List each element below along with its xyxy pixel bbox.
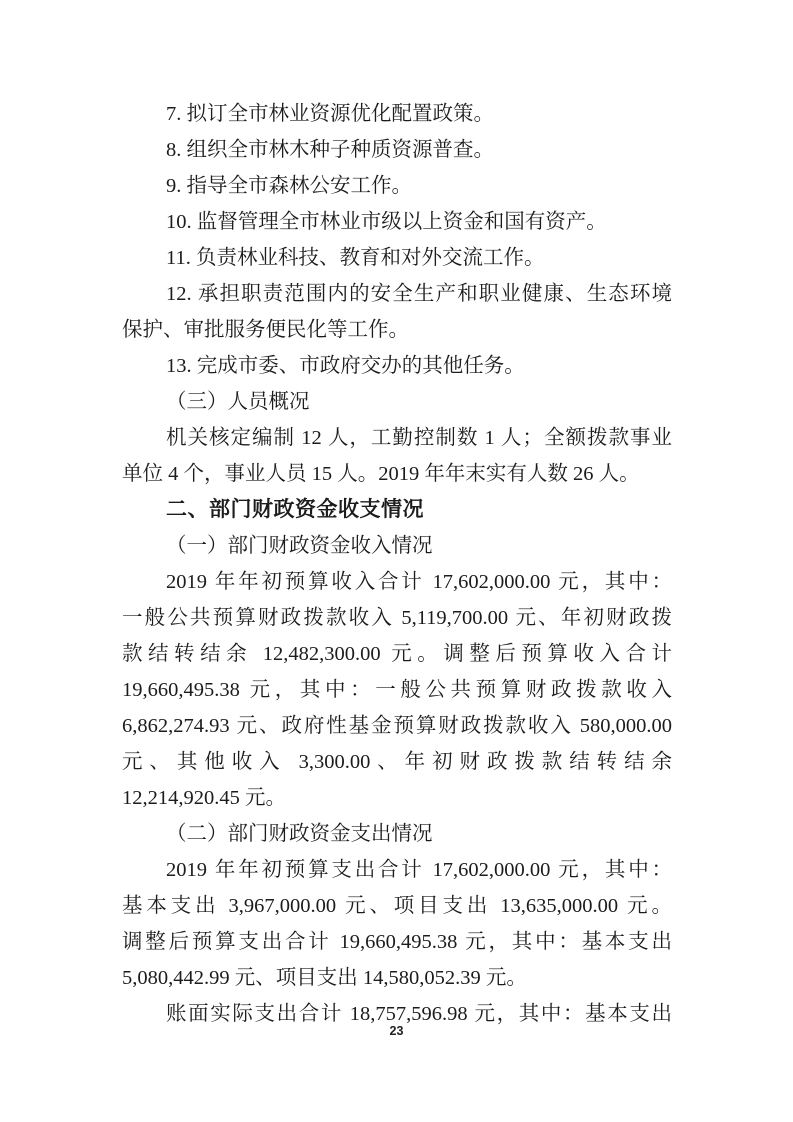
text-line: 7. 拟订全市林业资源优化配置政策。 (122, 96, 672, 132)
text-line: 一般公共预算财政拨款收入 5,119,700.00 元、年初财政拨 (122, 600, 672, 636)
subsection-heading: （三）人员概况 (122, 384, 672, 420)
text-line: 5,080,442.99 元、项目支出 14,580,052.39 元。 (122, 960, 672, 996)
page-number: 23 (0, 1022, 793, 1040)
text-line: 单位 4 个，事业人员 15 人。2019 年年末实有人数 26 人。 (122, 456, 672, 492)
subsection-heading: （二）部门财政资金支出情况 (122, 816, 672, 852)
text-line: 款结转结余 12,482,300.00 元。调整后预算收入合计 (122, 636, 672, 672)
document-text-block: 7. 拟订全市林业资源优化配置政策。 8. 组织全市林木种子种质资源普查。 9.… (122, 96, 672, 1032)
section-heading: 二、部门财政资金收支情况 (122, 492, 672, 528)
text-line: 8. 组织全市林木种子种质资源普查。 (122, 132, 672, 168)
text-line: 机关核定编制 12 人，工勤控制数 1 人；全额拨款事业 (122, 420, 672, 456)
text-line: 13. 完成市委、市政府交办的其他任务。 (122, 348, 672, 384)
text-line: 12,214,920.45 元。 (122, 780, 672, 816)
text-line: 调整后预算支出合计 19,660,495.38 元，其中：基本支出 (122, 924, 672, 960)
text-line: 12. 承担职责范围内的安全生产和职业健康、生态环境 (122, 276, 672, 312)
text-line: 保护、审批服务便民化等工作。 (122, 312, 672, 348)
text-line: 6,862,274.93 元、政府性基金预算财政拨款收入 580,000.00 (122, 708, 672, 744)
text-line: 基本支出 3,967,000.00 元、项目支出 13,635,000.00 元… (122, 888, 672, 924)
text-line: 11. 负责林业科技、教育和对外交流工作。 (122, 240, 672, 276)
document-page: 7. 拟订全市林业资源优化配置政策。 8. 组织全市林木种子种质资源普查。 9.… (0, 0, 793, 1122)
text-line: 10. 监督管理全市林业市级以上资金和国有资产。 (122, 204, 672, 240)
text-line: 元、其他收入 3,300.00、年初财政拨款结转结余 (122, 744, 672, 780)
subsection-heading: （一）部门财政资金收入情况 (122, 528, 672, 564)
text-line: 9. 指导全市森林公安工作。 (122, 168, 672, 204)
text-line: 2019 年年初预算支出合计 17,602,000.00 元，其中： (122, 852, 672, 888)
text-line: 19,660,495.38 元，其中：一般公共预算财政拨款收入 (122, 672, 672, 708)
text-line: 2019 年年初预算收入合计 17,602,000.00 元，其中： (122, 564, 672, 600)
